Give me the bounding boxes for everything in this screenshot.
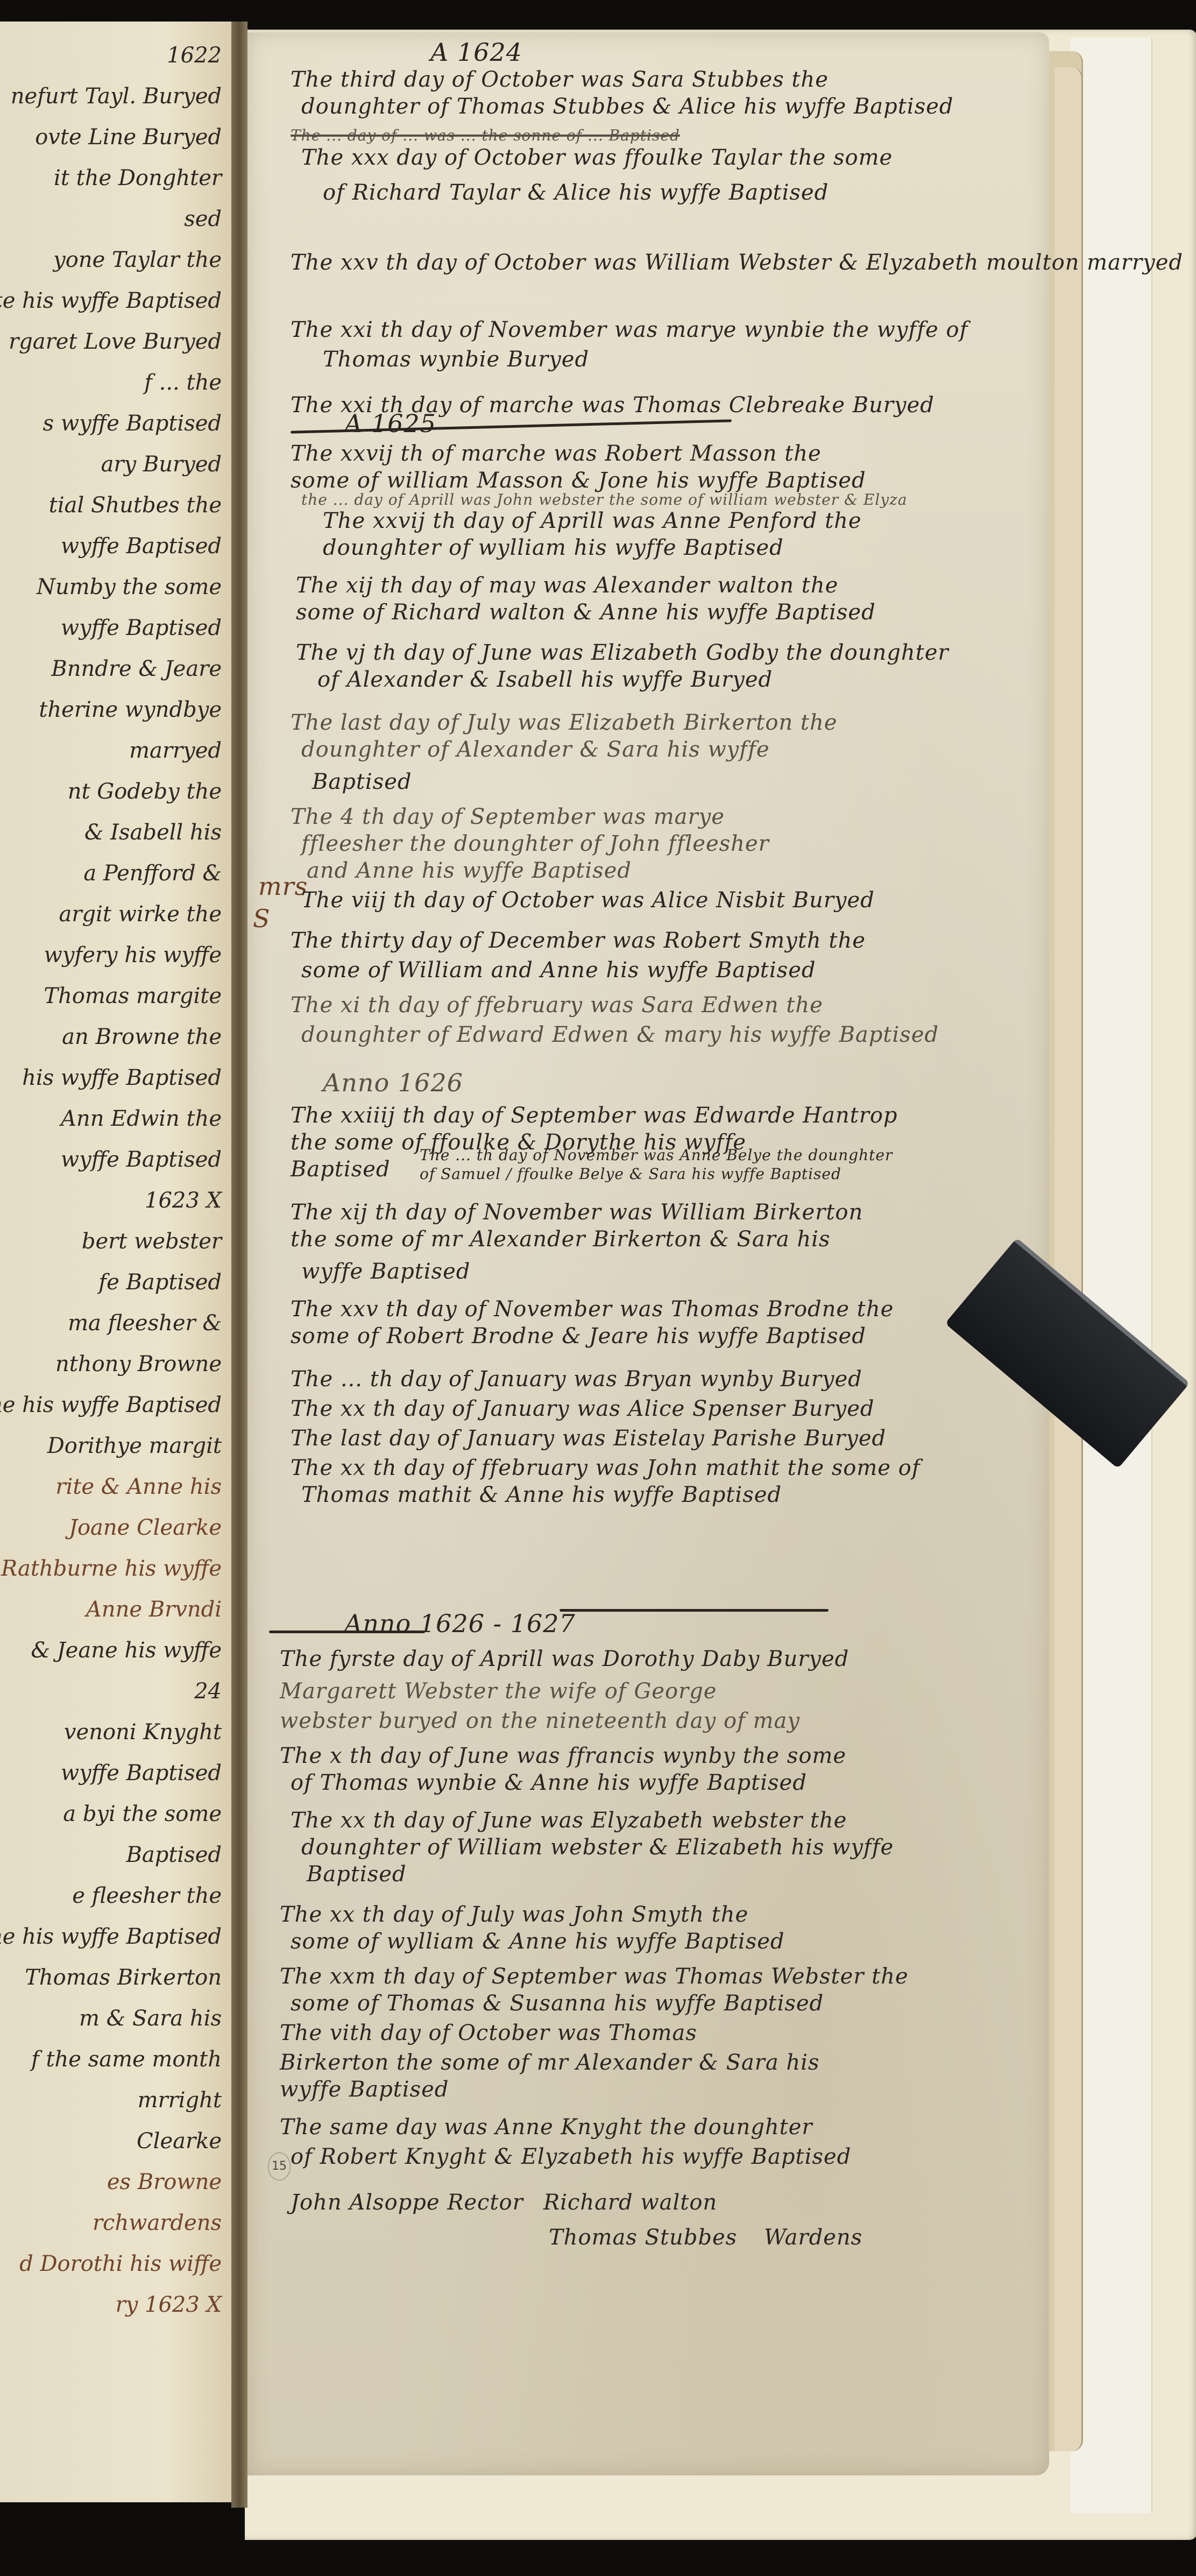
entry-line: The same day was Anne Knyght the dounght… [280, 2115, 812, 2140]
entry-line: Baptised [291, 1157, 391, 1182]
left-page-line: wyffe Baptised [61, 1761, 222, 1785]
entry-line: webster buryed on the nineteenth day of … [280, 1709, 800, 1733]
left-page-line: wyffe Baptised [61, 1147, 222, 1172]
left-page-line: 24 [194, 1679, 222, 1704]
left-facing-page: 1622nefurt Tayl. Buryedovte Line Buryedi… [0, 22, 238, 2502]
entry-line: The third day of October was Sara Stubbe… [291, 67, 829, 92]
entry-line: The xxvij th day of Aprill was Anne Penf… [323, 509, 862, 533]
entry-line: dounghter of Edward Edwen & mary his wyf… [301, 1022, 939, 1047]
left-page-line: Joane Clearke [69, 1515, 222, 1540]
left-page-line: anne his wyffe Baptised [0, 1924, 222, 1949]
entry-line: some of Robert Brodne & Jeare his wyffe … [291, 1324, 866, 1349]
left-page-line: a byi the some [63, 1802, 222, 1826]
left-page-line: a Penfford & [83, 861, 222, 886]
entry-line: some of wylliam & Anne his wyffe Baptise… [291, 1929, 785, 1954]
entry-line: and Anne his wyffe Baptised [307, 858, 632, 883]
entry-line: dounghter of Alexander & Sara his wyffe [301, 737, 770, 762]
entry-line: The thirty day of December was Robert Sm… [291, 928, 866, 953]
left-page-line: Thomas margite [44, 984, 222, 1008]
left-page-line: 1623 X [145, 1188, 222, 1213]
entry-line: The xxvij th of marche was Robert Masson… [291, 441, 822, 466]
left-page-line: Anne Brvndi [86, 1597, 222, 1622]
left-page-line: 1622 [167, 43, 222, 68]
left-page-line: s wyffe Baptised [43, 411, 222, 436]
entry-line: The x th day of June was ffrancis wynby … [280, 1744, 846, 1768]
year-heading-1624: A 1624 [430, 38, 522, 67]
entry-line: Baptised [307, 1862, 407, 1887]
entry-line: The xxv th day of October was William We… [291, 250, 1183, 275]
entry-line: The last day of January was Eistelay Par… [291, 1426, 886, 1451]
entry-line: The xxv th day of November was Thomas Br… [291, 1297, 894, 1322]
entry-line: The fyrste day of Aprill was Dorothy Dab… [280, 1647, 849, 1671]
churchwarden-signature: Richard walton [543, 2190, 717, 2215]
entry-line: Thomas mathit & Anne his wyffe Baptised [301, 1483, 782, 1507]
left-page-line: ma fleesher & [68, 1311, 222, 1336]
entry-line: The ... th day of January was Bryan wynb… [291, 1367, 862, 1392]
left-page-line: e fleesher the [72, 1883, 222, 1908]
left-page-line: wyfery his wyffe [44, 943, 222, 968]
left-page-line: nefurt Tayl. Buryed [11, 84, 222, 109]
left-page-line: ry 1623 X [116, 2292, 222, 2317]
entry-line: of Samuel / ffoulke Belye & Sara his wyf… [420, 1165, 841, 1183]
entry-line: The xxi th day of November was marye wyn… [291, 317, 968, 342]
entry-line: the some of mr Alexander Birkerton & Sar… [291, 1227, 830, 1252]
left-page-line: Thomas Birkerton [25, 1965, 222, 1990]
entry-line: The vith day of October was Thomas [280, 2021, 697, 2045]
entry-line: The xxx day of October was ffoulke Tayla… [301, 145, 893, 170]
left-page-line: f the same month [31, 2047, 222, 2072]
margin-note-left: mrs [258, 872, 308, 901]
entry-line: The xij th day of may was Alexander walt… [296, 573, 838, 598]
entry-line: The xx th day of June was Elyzabeth webs… [291, 1808, 847, 1833]
churchwarden-signature: Thomas Stubbes [549, 2225, 737, 2250]
entry-line: The xxiiij th day of September was Edwar… [291, 1103, 898, 1128]
entry-line: some of Thomas & Susanna his wyffe Bapti… [291, 1991, 824, 2016]
left-page-line: & Jeane his wyffe [31, 1638, 222, 1663]
page-stack-edge-inner [1055, 67, 1082, 2451]
left-page-line: Baptised [126, 1843, 222, 1867]
entry-line: Baptised [312, 770, 412, 794]
margin-note-left: S [253, 904, 271, 933]
entry-line: The xx th day of ffebruary was John math… [291, 1456, 921, 1480]
left-page-line: Anne his wyffe Baptised [0, 1393, 222, 1417]
left-page-line: ary Buryed [101, 452, 222, 477]
entry-line: The xx th day of July was John Smyth the [280, 1902, 748, 1927]
entry-line: The xi th day of ffebruary was Sara Edwe… [291, 993, 823, 1018]
folio-number: 15 [268, 2152, 291, 2180]
left-page-line: mrright [138, 2088, 222, 2113]
entry-line: of Richard Taylar & Alice his wyffe Bapt… [323, 180, 829, 205]
entry-line: of Thomas wynbie & Anne his wyffe Baptis… [291, 1770, 807, 1795]
section-divider [560, 1609, 829, 1612]
year-heading-1626: Anno 1626 [323, 1068, 463, 1097]
left-page-line: yone Taylar the [53, 248, 222, 272]
left-page-line: Rathburne his wyffe [1, 1556, 222, 1581]
entry-line: wyffe Baptised [301, 1259, 470, 1284]
rector-signature: John Alsoppe Rector [291, 2190, 523, 2215]
left-page-line: venoni Knyght [64, 1720, 222, 1745]
entry-line: dounghter of Thomas Stubbes & Alice his … [301, 94, 953, 119]
year-heading-1625: A 1625 [344, 409, 436, 438]
entry-line: of Robert Knyght & Elyzabeth his wyffe B… [291, 2144, 851, 2169]
left-page-line: nt Godeby the [68, 779, 222, 804]
left-page-line: Clearke [137, 2129, 222, 2154]
entry-line: some of William and Anne his wyffe Bapti… [301, 958, 816, 983]
entry-line: dounghter of wylliam his wyffe Baptised [323, 535, 784, 560]
entry-line: of Alexander & Isabell his wyffe Buryed [317, 667, 773, 692]
entry-line: The xxm th day of September was Thomas W… [280, 1964, 909, 1989]
left-page-line: an Browne the [62, 1025, 222, 1049]
entry-line: some of Richard walton & Anne his wyffe … [296, 600, 876, 625]
struck-entry: The ... day of ... was ... the sonne of … [291, 126, 680, 144]
margin-note: the ... day of Aprill was John webster t… [301, 491, 908, 509]
entry-line: wyffe Baptised [280, 2077, 449, 2102]
left-page-line: argit wirke the [59, 902, 222, 927]
left-page-line: wyffe Baptised [61, 616, 222, 640]
entry-line: ffleesher the dounghter of John ffleeshe… [301, 831, 769, 856]
left-page-line: wyffe Baptised [61, 534, 222, 559]
entry-line: Thomas wynbie Buryed [323, 347, 589, 372]
entry-line: some of william Masson & Jone his wyffe … [291, 468, 866, 493]
left-page-line: Ann Edwin the [61, 1106, 222, 1131]
left-page-line: f ... the [144, 370, 222, 395]
entry-line: The vj th day of June was Elizabeth Godb… [296, 640, 949, 665]
left-page-line: nthony Browne [55, 1352, 222, 1377]
left-page-line: d Dorothi his wiffe [19, 2252, 222, 2276]
left-page-line: m & Sara his [79, 2006, 222, 2031]
left-page-line: Dorithye margit [47, 1434, 222, 1458]
left-page-line: it the Donghter [54, 166, 222, 190]
year-heading-1626-1627: Anno 1626 - 1627 [344, 1609, 576, 1638]
left-page-line: rchwardens [93, 2211, 222, 2235]
wardens-label: Wardens [764, 2225, 862, 2250]
entry-line: Margarett Webster the wife of George [280, 1679, 717, 1704]
left-page-line: es Browne [107, 2170, 222, 2194]
left-page-line: bert webster [82, 1229, 222, 1254]
entry-line: The last day of July was Elizabeth Birke… [291, 710, 837, 735]
left-page-line: marryed [129, 738, 222, 763]
left-page-line: rgaret Love Buryed [9, 329, 222, 354]
entry-line: The viij th day of October was Alice Nis… [301, 888, 875, 913]
left-page-line: ovte Line Buryed [35, 125, 222, 150]
entry-line: The xx th day of January was Alice Spens… [291, 1396, 874, 1421]
left-page-line: his wyffe Baptised [22, 1065, 222, 1090]
entry-line: dounghter of William webster & Elizabeth… [301, 1835, 894, 1860]
entry-line: Birkerton the some of mr Alexander & Sar… [280, 2050, 819, 2075]
left-page-line: therine wyndbye [39, 697, 222, 722]
entry-line: The ... th day of November was Anne Bely… [420, 1146, 893, 1164]
left-page-line: sed [184, 207, 222, 231]
entry-line: The xij th day of November was William B… [291, 1200, 863, 1225]
binding-gutter [231, 22, 247, 2508]
left-page-line: lite his wyffe Baptised [0, 288, 222, 313]
left-page-line: tial Shutbes the [49, 493, 222, 518]
left-page-line: rite & Anne his [55, 1474, 222, 1499]
left-page-line: Bnndre & Jeare [51, 657, 222, 681]
left-page-line: fe Baptised [98, 1270, 222, 1295]
entry-line: The 4 th day of September was marye [291, 804, 725, 829]
left-page-line: Numby the some [37, 575, 222, 599]
left-page-line: & Isabell his [84, 820, 222, 845]
